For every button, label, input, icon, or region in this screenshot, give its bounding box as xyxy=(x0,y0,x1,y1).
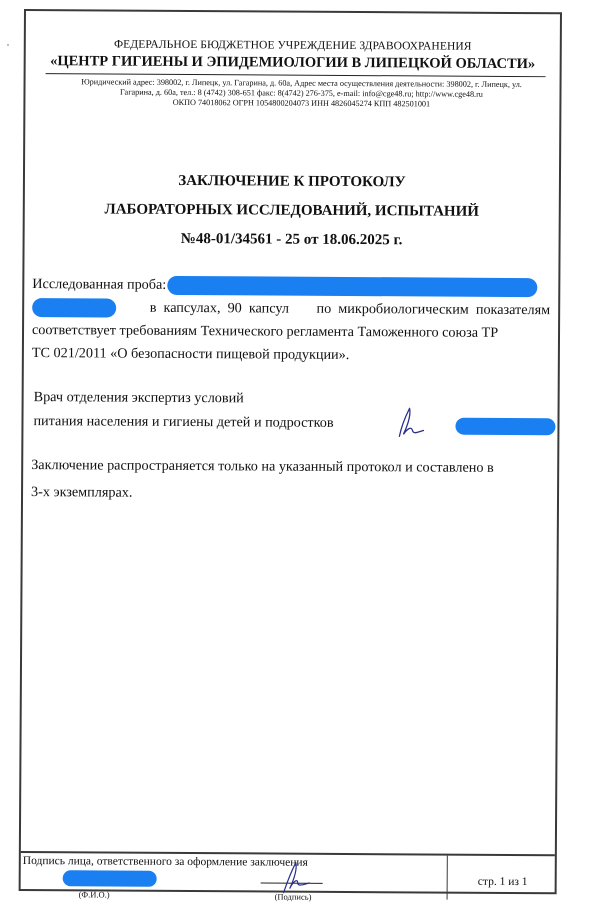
page-number: стр. 1 из 1 xyxy=(453,876,553,889)
compliance-line: соответствует требованиям Технического р… xyxy=(32,319,550,345)
org-address-block: Юридический адрес: 398002, г. Липецк, ул… xyxy=(45,77,557,110)
org-name-line2: «ЦЕНТР ГИГИЕНЫ И ЭПИДЕМИОЛОГИИ В ЛИПЕЦКО… xyxy=(26,53,560,73)
footer-divider xyxy=(447,856,448,900)
responsible-person-label: Подпись лица, ответственного за оформлен… xyxy=(23,855,308,869)
redacted-responsible-name xyxy=(63,870,157,887)
regulation-line: ТС 021/2011 «О безопасности пищевой прод… xyxy=(32,342,550,368)
doctor-title-line2: питания населения и гигиены детей и подр… xyxy=(33,409,333,435)
redacted-sample-name xyxy=(167,276,537,297)
signature-caption: (Подпись) xyxy=(275,892,312,902)
sample-label: Исследованная проба: xyxy=(32,276,166,293)
sample-form-text: в капсулах, 90 капсул xyxy=(150,297,289,321)
document-title-line2: ЛАБОРАТОРНЫХ ИССЛЕДОВАНИЙ, ИСПЫТАНИЙ xyxy=(25,201,559,221)
redacted-sample-name-cont xyxy=(32,298,116,318)
document-frame: ФЕДЕРАЛЬНОЕ БЮДЖЕТНОЕ УЧРЕЖДЕНИЕ ЗДРАВОО… xyxy=(19,9,562,894)
conclusion-line1: Заключение распространяется только на ук… xyxy=(31,452,549,482)
conclusion-line2: 3-х экземплярах. xyxy=(31,479,549,509)
redacted-doctor-name xyxy=(455,418,555,436)
sample-paragraph: Исследованная проба: в капсулах, 90 капс… xyxy=(32,273,551,368)
indicator-text: по микробиологическим показателям xyxy=(316,298,550,322)
doctor-block: Врач отделения экспертиз условий питания… xyxy=(33,385,333,435)
document-title-line1: ЗАКЛЮЧЕНИЕ К ПРОТОКОЛУ xyxy=(25,172,559,192)
doctor-signature-icon xyxy=(395,404,425,440)
header-divider xyxy=(46,73,546,77)
org-name-line1: ФЕДЕРАЛЬНОЕ БЮДЖЕТНОЕ УЧРЕЖДЕНИЕ ЗДРАВОО… xyxy=(26,38,560,53)
sample-line-2: в капсулах, 90 капсул по микробиологичес… xyxy=(32,296,550,322)
scan-speck xyxy=(7,44,9,46)
footer-block: Подпись лица, ответственного за оформлен… xyxy=(21,851,555,898)
sample-line: Исследованная проба: xyxy=(32,273,550,299)
protocol-number: №48-01/34561 - 25 от 18.06.2025 г. xyxy=(25,230,559,250)
doctor-title-line1: Врач отделения экспертиз условий xyxy=(34,385,334,411)
conclusion-paragraph: Заключение распространяется только на ук… xyxy=(31,452,549,509)
fio-caption: (Ф.И.О.) xyxy=(79,889,110,899)
